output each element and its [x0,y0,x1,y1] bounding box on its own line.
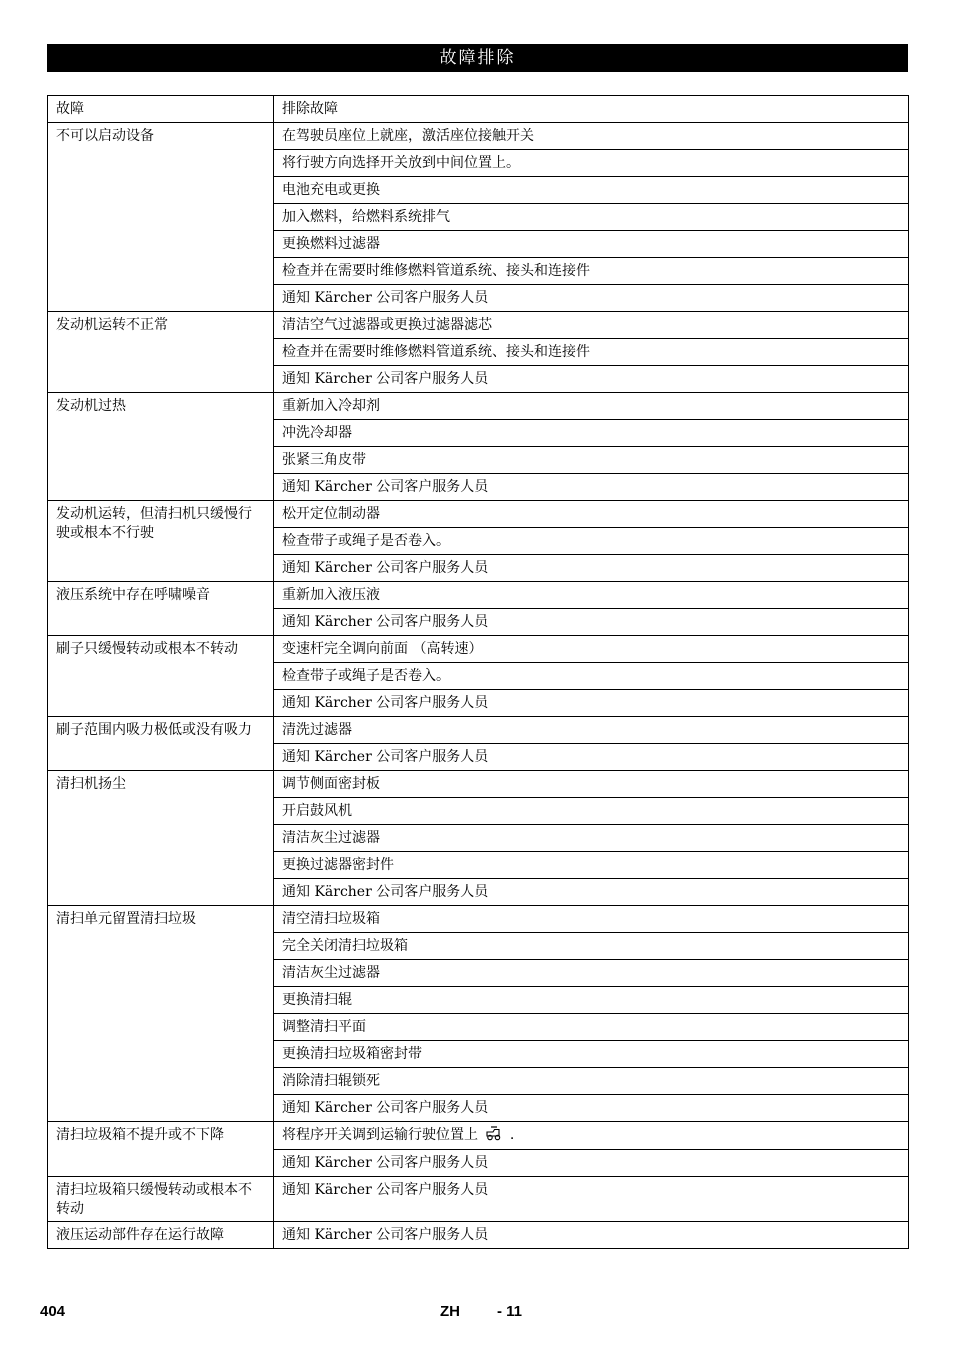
remedy-cell: 变速杆完全调向前面 （高转速） [274,636,909,663]
remedy-cell: 将行驶方向选择开关放到中间位置上。 [274,150,909,177]
table-row: 清扫机扬尘调节侧面密封板 [48,771,909,798]
remedy-cell: 检查带子或绳子是否卷入。 [274,528,909,555]
fault-cell: 液压运动部件存在运行故障 [48,1222,274,1249]
remedy-cell: 通知 Kärcher 公司客户服务人员 [274,1150,909,1177]
fault-cell: 液压系统中存在呼啸噪音 [48,582,274,636]
remedy-cell: 通知 Kärcher 公司客户服务人员 [274,1222,909,1249]
table-row: 液压运动部件存在运行故障通知 Kärcher 公司客户服务人员 [48,1222,909,1249]
remedy-cell: 调整清扫平面 [274,1014,909,1041]
fault-cell: 清扫机扬尘 [48,771,274,906]
remedy-cell: 冲洗冷却器 [274,420,909,447]
remedy-cell: 更换清扫辊 [274,987,909,1014]
column-header-fault: 故障 [48,96,274,123]
table-row: 刷子只缓慢转动或根本不转动变速杆完全调向前面 （高转速） [48,636,909,663]
remedy-cell: 通知 Kärcher 公司客户服务人员 [274,474,909,501]
table-row: 清扫垃圾箱不提升或不下降将程序开关调到运输行驶位置上 . [48,1122,909,1150]
remedy-cell: 加入燃料，给燃料系统排气 [274,204,909,231]
remedy-cell: 检查带子或绳子是否卷入。 [274,663,909,690]
remedy-cell: 检查并在需要时维修燃料管道系统、接头和连接件 [274,258,909,285]
remedy-cell: 清洁灰尘过滤器 [274,825,909,852]
remedy-cell: 电池充电或更换 [274,177,909,204]
column-header-remedy: 排除故障 [274,96,909,123]
remedy-cell: 通知 Kärcher 公司客户服务人员 [274,366,909,393]
remedy-cell: 通知 Kärcher 公司客户服务人员 [274,690,909,717]
remedy-cell: 更换过滤器密封件 [274,852,909,879]
remedy-cell: 清洁空气过滤器或更换过滤器滤芯 [274,312,909,339]
remedy-cell: 检查并在需要时维修燃料管道系统、接头和连接件 [274,339,909,366]
table-row: 不可以启动设备在驾驶员座位上就座，激活座位接触开关 [48,123,909,150]
remedy-cell: 重新加入冷却剂 [274,393,909,420]
table-header-row: 故障 排除故障 [48,96,909,123]
fault-cell: 刷子只缓慢转动或根本不转动 [48,636,274,717]
remedy-cell: 重新加入液压液 [274,582,909,609]
table-row: 液压系统中存在呼啸噪音重新加入液压液 [48,582,909,609]
page-suffix: - 11 [497,1303,522,1320]
remedy-cell: 清洗过滤器 [274,717,909,744]
fault-cell: 清扫垃圾箱不提升或不下降 [48,1122,274,1177]
remedy-cell: 更换燃料过滤器 [274,231,909,258]
remedy-cell: 通知 Kärcher 公司客户服务人员 [274,879,909,906]
remedy-cell: 在驾驶员座位上就座，激活座位接触开关 [274,123,909,150]
remedy-cell: 清洁灰尘过滤器 [274,960,909,987]
remedy-cell: 张紧三角皮带 [274,447,909,474]
page-title: 故障排除 [47,44,908,72]
remedy-cell: 通知 Kärcher 公司客户服务人员 [274,744,909,771]
troubleshooting-table: 故障 排除故障 不可以启动设备在驾驶员座位上就座，激活座位接触开关将行驶方向选择… [47,95,909,1249]
remedy-cell: 开启鼓风机 [274,798,909,825]
table-row: 发动机运转不正常清洁空气过滤器或更换过滤器滤芯 [48,312,909,339]
remedy-cell: 通知 Kärcher 公司客户服务人员 [274,1177,909,1222]
fault-cell: 发动机运转，但清扫机只缓慢行驶或根本不行驶 [48,501,274,582]
table-row: 发动机过热重新加入冷却剂 [48,393,909,420]
remedy-cell: 通知 Kärcher 公司客户服务人员 [274,285,909,312]
fault-cell: 刷子范围内吸力极低或没有吸力 [48,717,274,771]
table-row: 清扫垃圾箱只缓慢转动或根本不转动通知 Kärcher 公司客户服务人员 [48,1177,909,1222]
remedy-cell: 将程序开关调到运输行驶位置上 . [274,1122,909,1150]
fault-cell: 清扫单元留置清扫垃圾 [48,906,274,1122]
remedy-cell: 通知 Kärcher 公司客户服务人员 [274,609,909,636]
page-number: 404 [40,1303,65,1320]
remedy-cell: 通知 Kärcher 公司客户服务人员 [274,1095,909,1122]
remedy-cell: 松开定位制动器 [274,501,909,528]
remedy-cell: 调节侧面密封板 [274,771,909,798]
table-row: 清扫单元留置清扫垃圾清空清扫垃圾箱 [48,906,909,933]
remedy-suffix: . [510,1127,514,1143]
page-footer: 404 ZH - 11 [0,1303,954,1327]
fault-cell: 不可以启动设备 [48,123,274,312]
transport-drive-icon [484,1126,505,1147]
remedy-cell: 通知 Kärcher 公司客户服务人员 [274,555,909,582]
remedy-cell: 完全关闭清扫垃圾箱 [274,933,909,960]
table-row: 发动机运转，但清扫机只缓慢行驶或根本不行驶松开定位制动器 [48,501,909,528]
fault-cell: 发动机运转不正常 [48,312,274,393]
remedy-cell: 清空清扫垃圾箱 [274,906,909,933]
fault-cell: 发动机过热 [48,393,274,501]
fault-cell: 清扫垃圾箱只缓慢转动或根本不转动 [48,1177,274,1222]
remedy-cell: 消除清扫辊锁死 [274,1068,909,1095]
remedy-cell: 更换清扫垃圾箱密封带 [274,1041,909,1068]
table-row: 刷子范围内吸力极低或没有吸力清洗过滤器 [48,717,909,744]
language-code: ZH [440,1303,460,1320]
